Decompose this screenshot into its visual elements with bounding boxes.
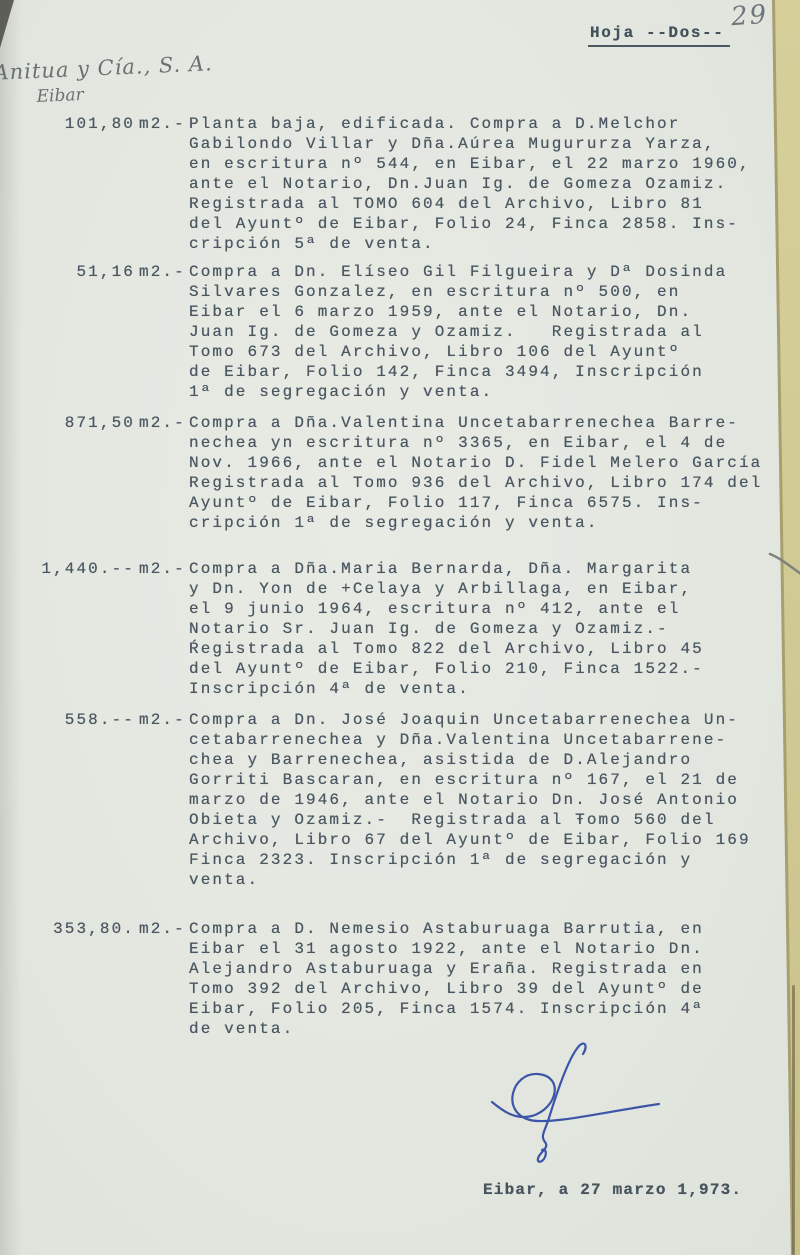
- entry-description: Compra a Dña.Valentina Uncetabarrenechea…: [189, 413, 778, 533]
- entry-unit-label: m2.-: [139, 413, 189, 433]
- entry-description: Compra a Dn. Elíseo Gil Filgueira y Dª D…: [189, 262, 778, 402]
- sheet-label: Hoja --Dos--: [588, 24, 730, 47]
- page-edge-dark-line: [792, 985, 795, 1255]
- entry-area-value: 558.--: [38, 710, 135, 730]
- entry-row: 1,440.-- m2.- Compra a Dña.Maria Bernard…: [38, 559, 778, 699]
- entry-row: 51,16 m2.- Compra a Dn. Elíseo Gil Filgu…: [38, 262, 778, 402]
- entry-area-value: 353,80.: [38, 919, 135, 939]
- entry-area-value: 101,80: [38, 114, 135, 134]
- entry-row: 558.-- m2.- Compra a Dn. José Joaquin Un…: [38, 710, 778, 890]
- entry-row: 871,50 m2.- Compra a Dña.Valentina Uncet…: [38, 413, 778, 533]
- entry-row: 353,80. m2.- Compra a D. Nemesio Astabur…: [38, 919, 778, 1039]
- scan-corner-artifact: [0, 0, 14, 48]
- entry-description: Compra a Dn. José Joaquin Uncetabarrenec…: [189, 710, 778, 890]
- entry-description: Compra a Dña.Maria Bernarda, Dña. Margar…: [189, 559, 778, 699]
- entry-row: 101,80 m2.- Planta baja, edificada. Comp…: [38, 114, 778, 254]
- letterhead: Anitua y Cía., S. A. Eibar: [0, 51, 214, 109]
- letterhead-city: Eibar: [36, 79, 214, 107]
- entry-unit-label: m2.-: [139, 114, 189, 134]
- entry-unit-label: m2.-: [139, 559, 189, 579]
- document-page: 29 Hoja --Dos-- Anitua y Cía., S. A. Eib…: [0, 0, 800, 1255]
- entry-unit-label: m2.-: [139, 262, 189, 282]
- entry-area-value: 1,440.--: [38, 559, 135, 579]
- entry-unit-label: m2.-: [139, 710, 189, 730]
- date-line: Eibar, a 27 marzo 1,973.: [483, 1181, 742, 1199]
- entry-description: Planta baja, edificada. Compra a D.Melch…: [189, 114, 778, 254]
- scan-left-shadow: [0, 0, 22, 1255]
- entry-area-value: 51,16: [38, 262, 135, 282]
- entry-list: 101,80 m2.- Planta baja, edificada. Comp…: [38, 114, 778, 1039]
- entry-description: Compra a D. Nemesio Astaburuaga Barrutia…: [189, 919, 778, 1039]
- handwritten-page-number: 29: [730, 0, 769, 32]
- entry-unit-label: m2.-: [139, 919, 189, 939]
- signature-flourish-icon: [452, 1038, 677, 1183]
- entry-area-value: 871,50: [38, 413, 135, 433]
